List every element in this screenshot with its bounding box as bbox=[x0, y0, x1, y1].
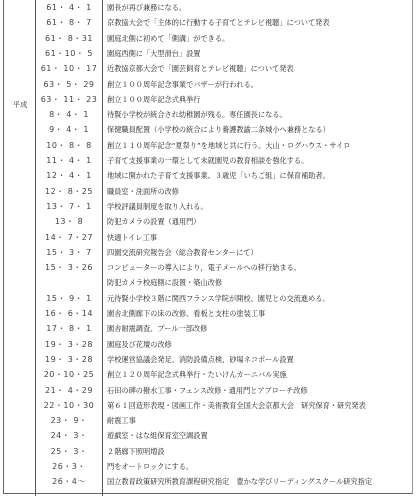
row-date: 26・4〜 bbox=[38, 473, 100, 490]
table-row: 26・4〜国立教育政策研究所教育課程研究指定 豊かな学びリーディングスクール研究… bbox=[0, 473, 420, 490]
row-event: 国立教育政策研究所教育課程研究指定 豊かな学びリーディングスクール研究指定 bbox=[107, 473, 407, 490]
